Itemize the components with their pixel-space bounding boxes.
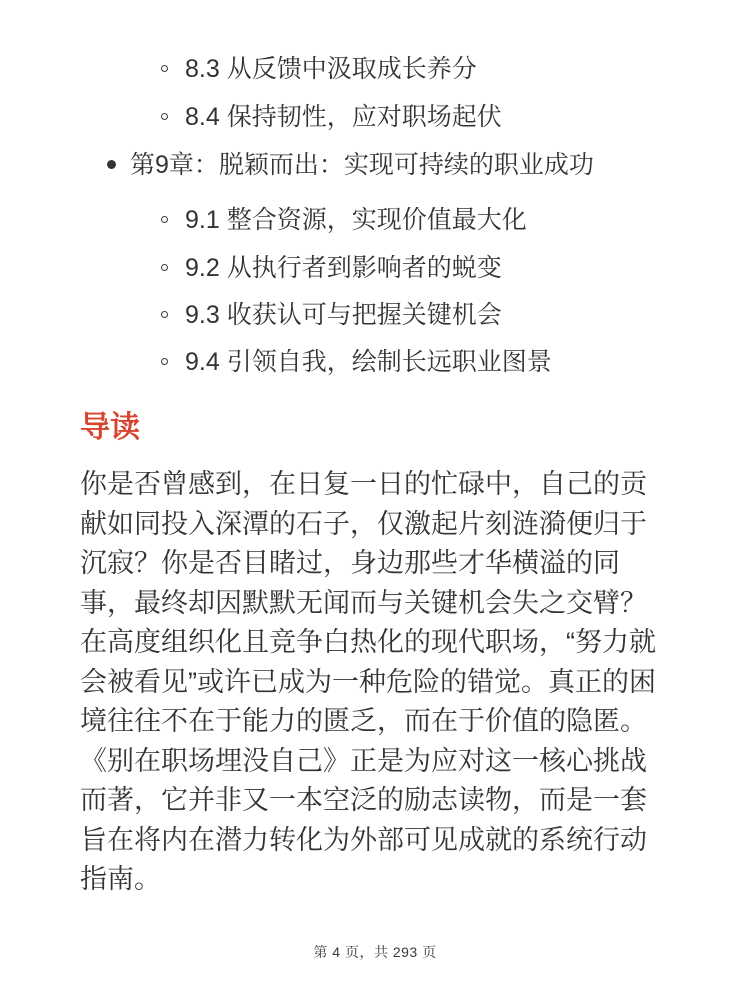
disc-bullet-icon <box>107 160 116 169</box>
table-of-contents: 8.3 从反馈中汲取成长养分8.4 保持韧性，应对职场起伏第9章：脱颖而出：实现… <box>80 0 670 381</box>
toc-section-item: 9.1 整合资源，实现价值最大化 <box>80 201 670 239</box>
toc-section-item: 9.2 从执行者到影响者的蜕变 <box>80 249 670 287</box>
toc-item-label: 8.3 从反馈中汲取成长养分 <box>185 55 477 83</box>
page-number-indicator: 第 4 页，共 293 页 <box>0 942 750 962</box>
section-heading: 导读 <box>80 408 670 448</box>
toc-item-label: 9.4 引领自我，绘制长远职业图景 <box>185 348 552 376</box>
circle-bullet-icon <box>161 113 168 120</box>
toc-item-label: 8.4 保持韧性，应对职场起伏 <box>185 103 502 131</box>
toc-item-label: 9.1 整合资源，实现价值最大化 <box>185 206 527 234</box>
circle-bullet-icon <box>161 311 168 318</box>
toc-section-item: 8.4 保持韧性，应对职场起伏 <box>80 98 670 136</box>
toc-item-label: 第9章：脱颖而出：实现可持续的职业成功 <box>130 151 594 179</box>
intro-paragraph: 你是否曾感到，在日复一日的忙碌中，自己的贡献如同投入深潭的石子，仅激起片刻涟漪便… <box>80 465 670 900</box>
circle-bullet-icon <box>161 264 168 271</box>
circle-bullet-icon <box>161 65 168 72</box>
toc-section-item: 9.3 收获认可与把握关键机会 <box>80 296 670 334</box>
circle-bullet-icon <box>161 358 168 365</box>
toc-item-label: 9.2 从执行者到影响者的蜕变 <box>185 254 502 282</box>
document-page: 8.3 从反馈中汲取成长养分8.4 保持韧性，应对职场起伏第9章：脱颖而出：实现… <box>0 0 750 1000</box>
circle-bullet-icon <box>161 216 168 223</box>
toc-chapter-item: 第9章：脱颖而出：实现可持续的职业成功 <box>80 145 670 185</box>
toc-section-item: 8.3 从反馈中汲取成长养分 <box>80 50 670 88</box>
toc-section-item: 9.4 引领自我，绘制长远职业图景 <box>80 343 670 381</box>
toc-item-label: 9.3 收获认可与把握关键机会 <box>185 301 502 329</box>
